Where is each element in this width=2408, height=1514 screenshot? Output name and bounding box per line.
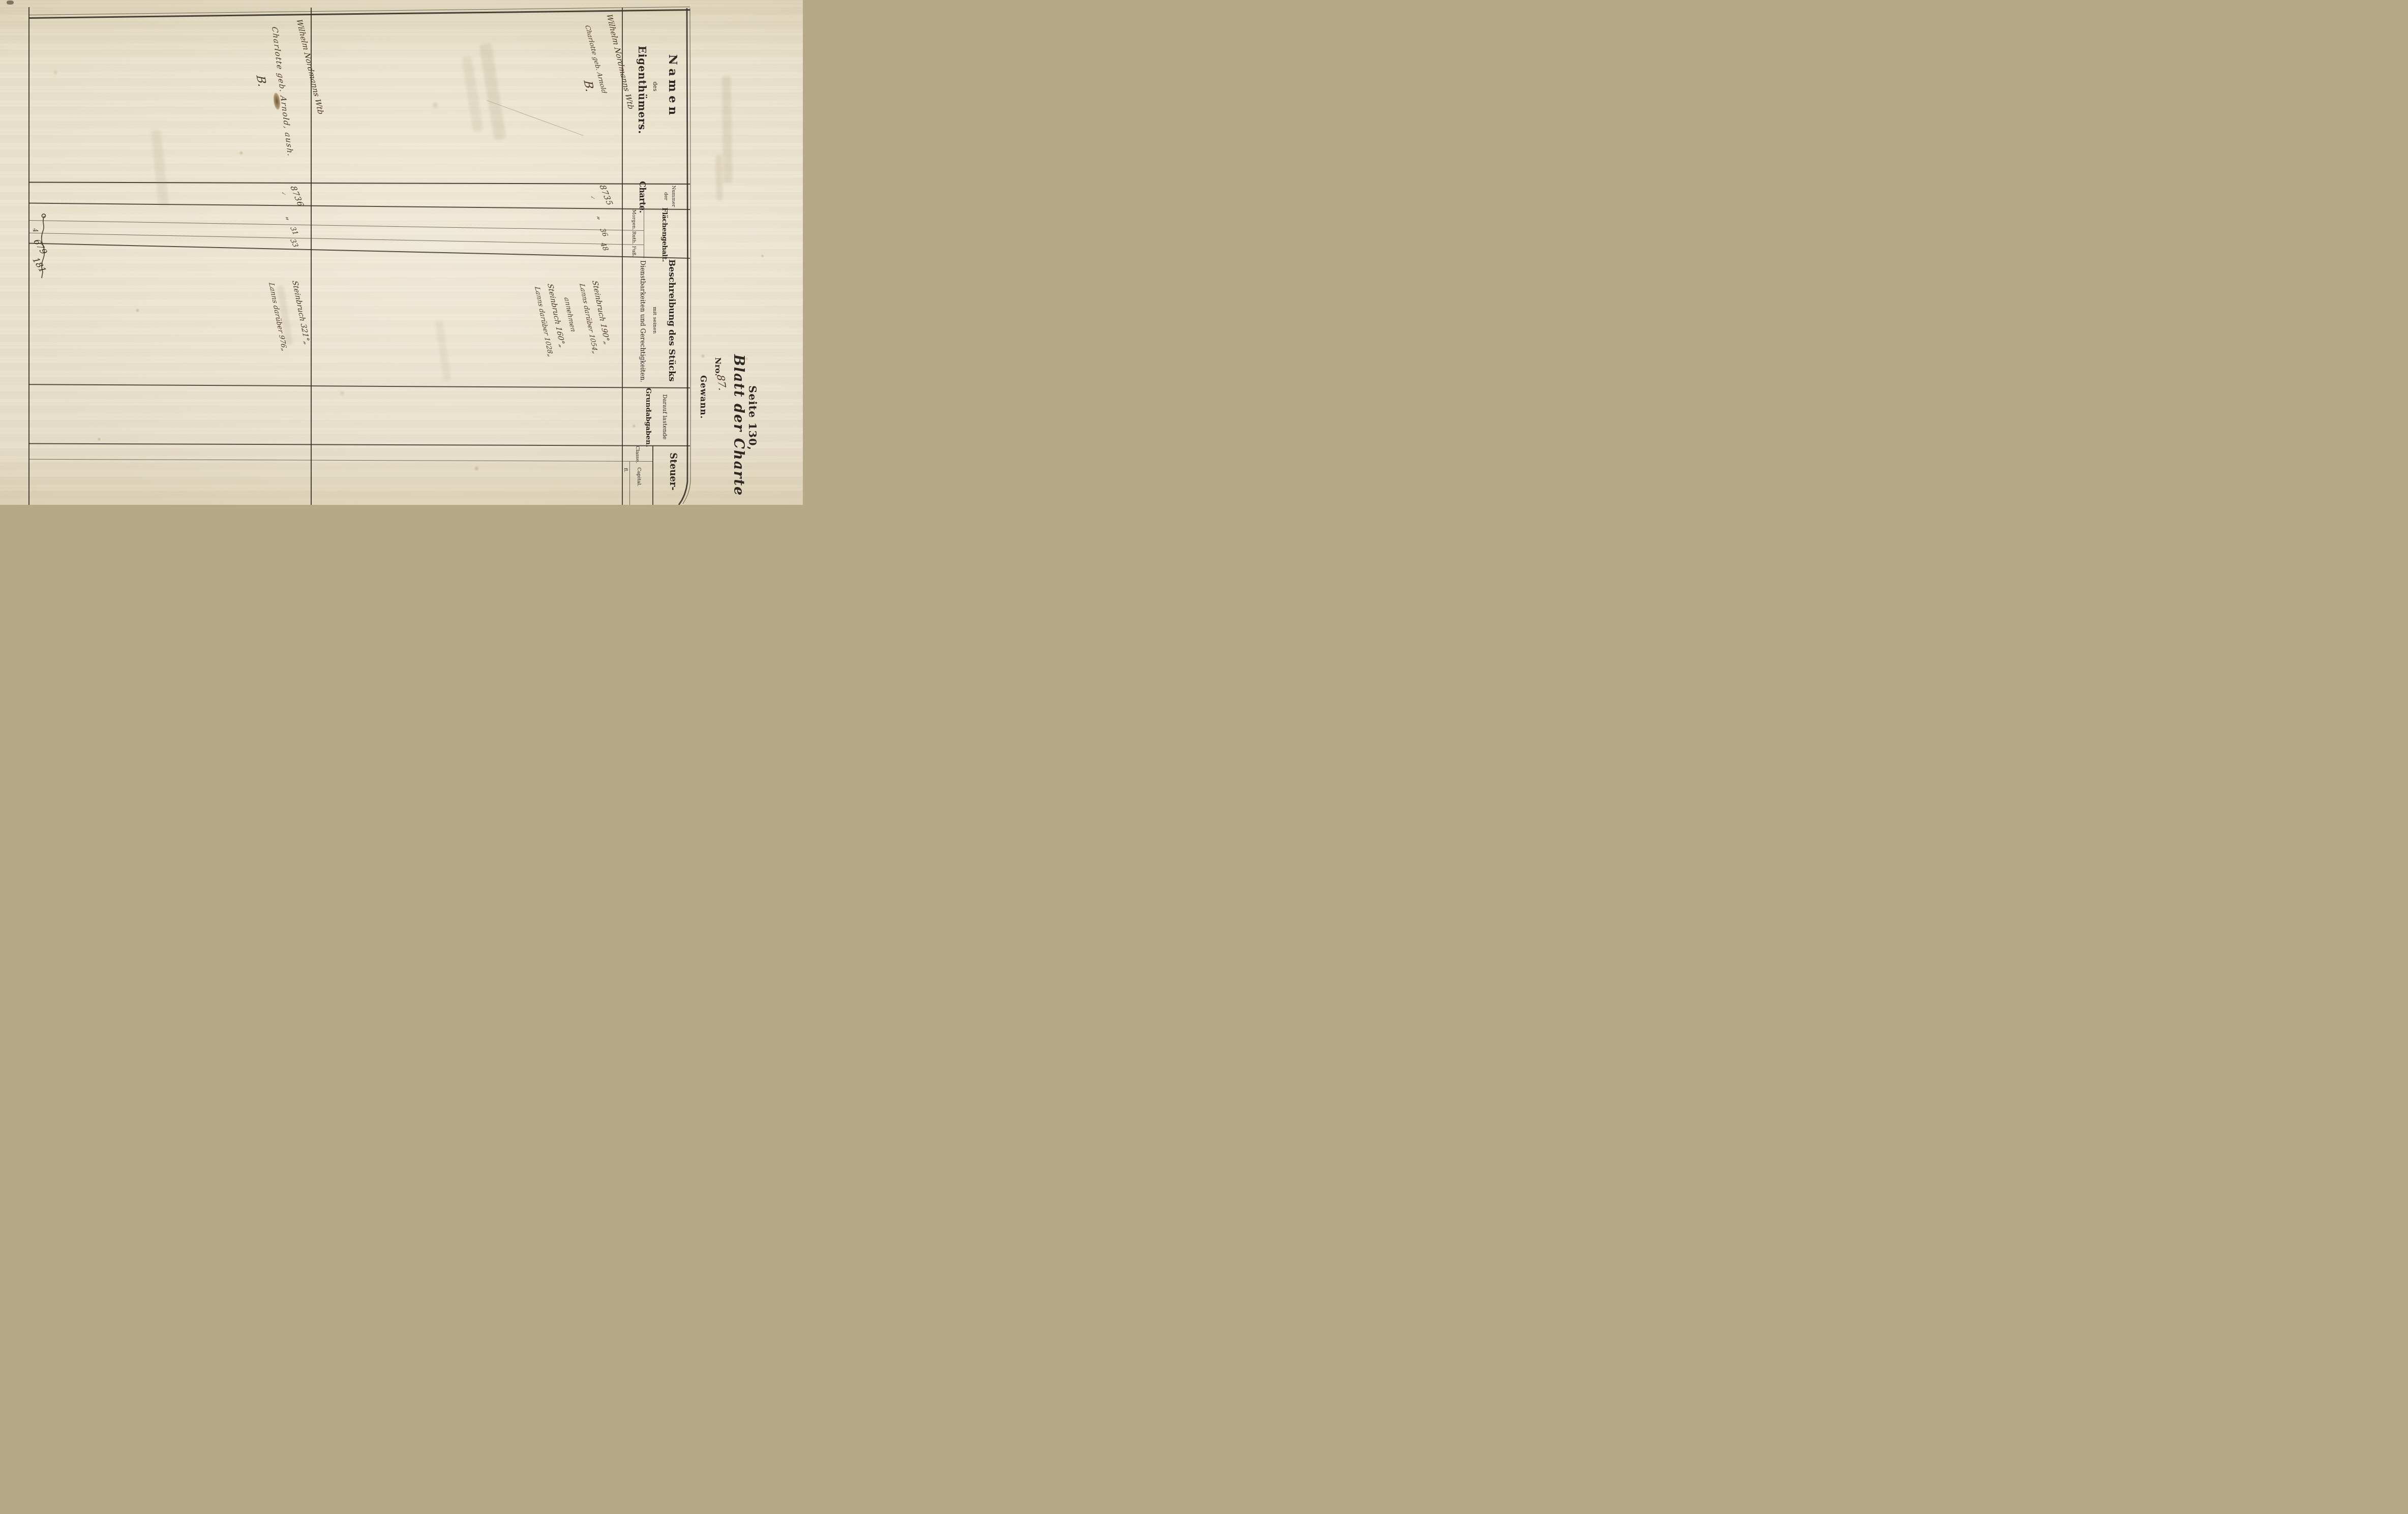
col-grund-steuer bbox=[28, 443, 690, 446]
col-charte-morgen bbox=[28, 203, 690, 210]
bleedthrough-ghost bbox=[721, 76, 733, 183]
foxing-spot bbox=[761, 254, 764, 258]
bleedthrough-ghost bbox=[150, 129, 169, 206]
edge-ink-mark bbox=[7, 1, 14, 5]
header-grundabgaben-line2: Grundabgaben. bbox=[644, 388, 652, 446]
foxing-spot bbox=[431, 101, 439, 110]
blatt-der-charte-title: Blatt der Charte bbox=[731, 354, 746, 496]
header-capital: Capital. bbox=[636, 463, 642, 491]
row2-owner-name-line2: Charlotte geb. Arnold, aush. bbox=[270, 26, 295, 157]
foxing-spot bbox=[671, 59, 675, 63]
row1-beschreibung-line3: annehmen bbox=[562, 297, 577, 332]
header-steuer: Steuer- bbox=[668, 447, 678, 496]
header-morgen: Morgen. bbox=[631, 209, 637, 230]
col-beschreibung-grund bbox=[28, 384, 690, 388]
row2-beschreibung-line1: Steinbruch 321°„ bbox=[290, 281, 311, 345]
header-flaechengehalt: Flächengehalt. bbox=[660, 207, 669, 260]
row1-morgen-ditto: „ bbox=[595, 214, 607, 221]
row1-ruth-value: 36 bbox=[598, 227, 610, 237]
gewann-label: Gewann. bbox=[699, 375, 708, 419]
col-namen-charte bbox=[28, 182, 690, 185]
header-ruth: Ruth. bbox=[631, 231, 637, 245]
row2-ruth-value: 31 bbox=[288, 226, 300, 236]
page-number: Seite 130, bbox=[746, 385, 759, 450]
header-beschreibung-line1: Beschreibung des Stücks bbox=[667, 259, 677, 381]
header-namen-line2: des bbox=[652, 48, 658, 125]
header-charte-line1: Nummer bbox=[671, 181, 676, 211]
row1-check-mark: ✓ bbox=[589, 194, 596, 201]
ledger-page: Seite 130, Blatt der Charte Nro. 87. Gew… bbox=[0, 0, 803, 505]
foxing-spot bbox=[135, 308, 140, 313]
foxing-spot bbox=[53, 69, 58, 75]
capital-fl-rule bbox=[629, 462, 630, 505]
row1-owner-name-line1: Wilhelm Nordmanns Wtb bbox=[605, 14, 636, 109]
foxing-spot bbox=[701, 354, 705, 358]
bleedthrough-ghost bbox=[435, 320, 451, 382]
steuer-sub-rule bbox=[653, 446, 654, 505]
foxing-spot bbox=[745, 357, 748, 360]
nro-value-handwritten: 87. bbox=[714, 375, 729, 391]
row1-flourish: B. bbox=[581, 80, 596, 93]
header-beschreibung-line2: mit seinen bbox=[652, 259, 657, 381]
header-grundabgaben-line1: Darauf lastende bbox=[661, 389, 668, 445]
bleedthrough-ghost bbox=[461, 55, 483, 132]
header-fuss: Fuß. bbox=[631, 245, 637, 258]
row2-fuss-value: 33 bbox=[288, 238, 300, 248]
header-beschreibung-line3: Dienstbarkeiten und Gerechtigkeiten. bbox=[639, 258, 647, 384]
row2-morgen-ditto: „ bbox=[284, 215, 295, 222]
bleedthrough-ghost bbox=[479, 43, 506, 140]
nro-label: Nro. bbox=[713, 357, 723, 376]
foxing-spot bbox=[239, 150, 244, 156]
header-charte-line3: Charte. bbox=[638, 181, 647, 213]
foxing-spot bbox=[97, 437, 101, 441]
col-fuss-beschreibung bbox=[28, 243, 690, 259]
header-fl: fl. bbox=[623, 464, 628, 477]
row1-charte-number: 8735 bbox=[597, 184, 615, 206]
row1-fuss-value: 48 bbox=[598, 241, 610, 252]
col-classe-capital bbox=[28, 459, 653, 462]
bleedthrough-ghost bbox=[715, 155, 723, 201]
foxing-spot bbox=[474, 466, 479, 471]
row2-flourish: B. bbox=[253, 75, 269, 87]
header-classe: Classe. bbox=[635, 446, 640, 462]
col-morgen-ruth bbox=[28, 220, 644, 231]
row2-check-mark: ✓ bbox=[280, 190, 287, 197]
foxing-spot bbox=[632, 424, 636, 428]
flaechengehalt-sub-rule bbox=[644, 209, 644, 258]
table-bottom-rule bbox=[28, 7, 29, 505]
col-ruth-fuss bbox=[28, 233, 644, 245]
header-namen-line3: Eigenthümers. bbox=[636, 46, 648, 130]
row2-charte-number: 8736 bbox=[288, 185, 306, 207]
foxing-spot bbox=[339, 389, 345, 397]
header-charte-line2: der bbox=[663, 181, 669, 211]
document-scan: Seite 130, Blatt der Charte Nro. 87. Gew… bbox=[0, 0, 803, 505]
